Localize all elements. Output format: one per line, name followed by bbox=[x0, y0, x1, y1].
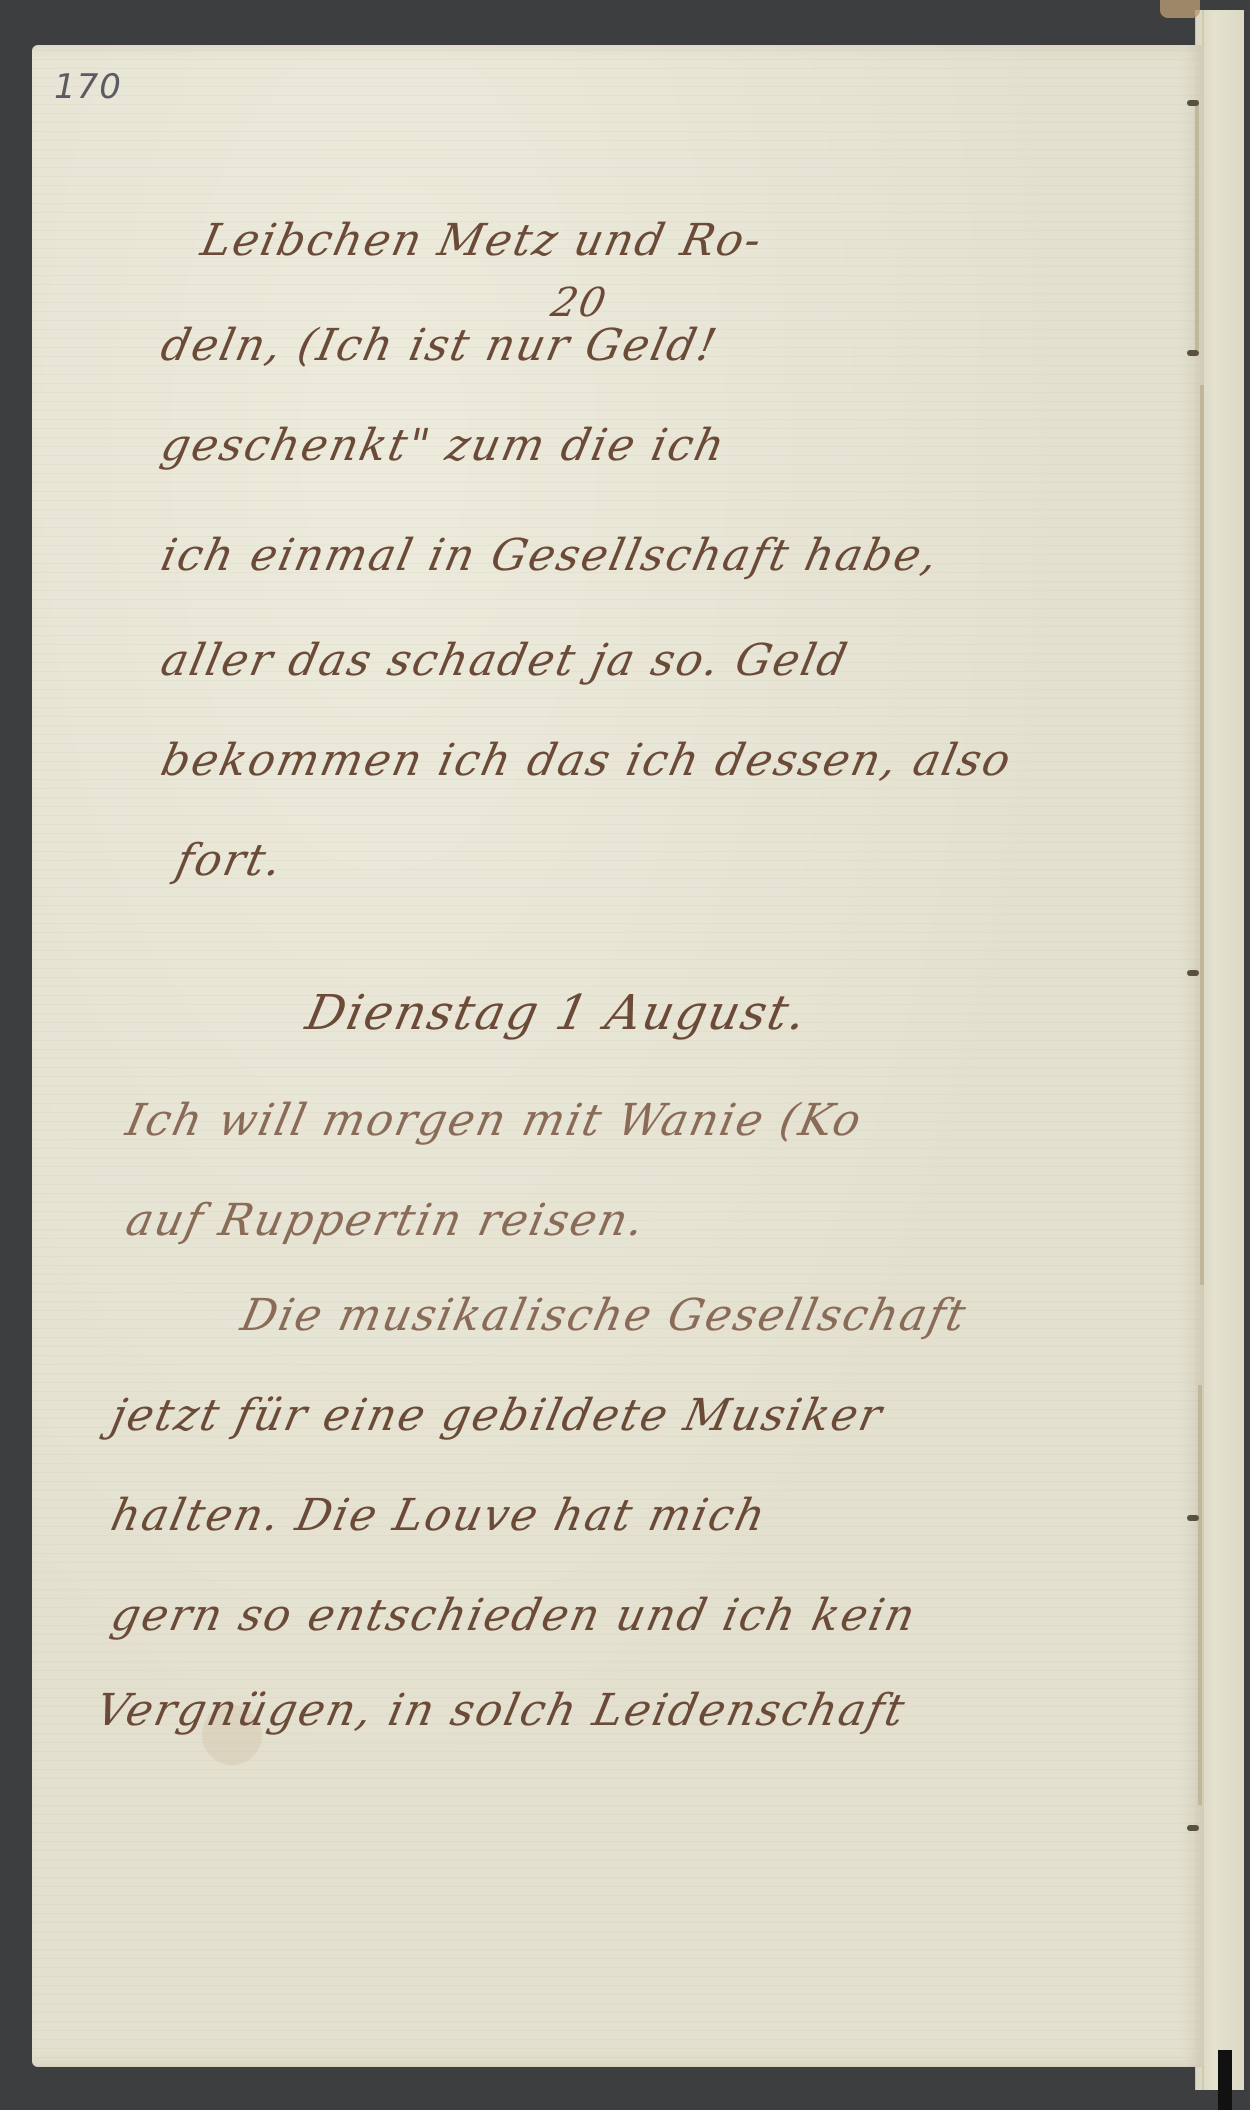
folio-number: 170 bbox=[54, 67, 122, 107]
binding-gap bbox=[1218, 2050, 1232, 2110]
text-line: deln, (Ich ist nur Geld! bbox=[157, 320, 723, 371]
page-fold bbox=[1198, 1385, 1202, 1805]
text-line: Vergnügen, in solch Leidenschaft bbox=[92, 1685, 911, 1736]
stitch-hole bbox=[1187, 100, 1199, 106]
text-line: gern so entschieden und ich kein bbox=[107, 1590, 922, 1641]
text-line: Leibchen Metz und Ro- bbox=[197, 215, 768, 266]
stitch-hole bbox=[1187, 350, 1199, 356]
text-line: bekommen ich das ich dessen, also bbox=[157, 735, 1017, 786]
binding-tape bbox=[1160, 0, 1200, 18]
text-line: aller das schadet ja so. Geld bbox=[157, 635, 853, 686]
text-line: ich einmal in Gesellschaft habe, bbox=[157, 530, 944, 581]
text-line: Ich will morgen mit Wanie (Ko bbox=[122, 1095, 868, 1146]
text-line: geschenkt" zum die ich bbox=[157, 420, 731, 471]
page-fold bbox=[1195, 100, 1199, 350]
stitch-hole bbox=[1187, 1825, 1199, 1831]
stitch-hole bbox=[1187, 970, 1199, 976]
manuscript-page: 170 Leibchen Metz und Ro- 20 deln, (Ich … bbox=[32, 45, 1204, 2067]
page-fold bbox=[1200, 385, 1204, 1285]
text-line: halten. Die Louve hat mich bbox=[107, 1490, 772, 1541]
text-line: fort. bbox=[172, 835, 288, 886]
text-line: Die musikalische Gesellschaft bbox=[237, 1290, 972, 1341]
date-heading: Dienstag 1 August. bbox=[301, 985, 813, 1041]
text-line: jetzt für eine gebildete Musiker bbox=[107, 1390, 888, 1441]
stitch-hole bbox=[1187, 1515, 1199, 1521]
text-line: auf Ruppertin reisen. bbox=[122, 1195, 651, 1246]
